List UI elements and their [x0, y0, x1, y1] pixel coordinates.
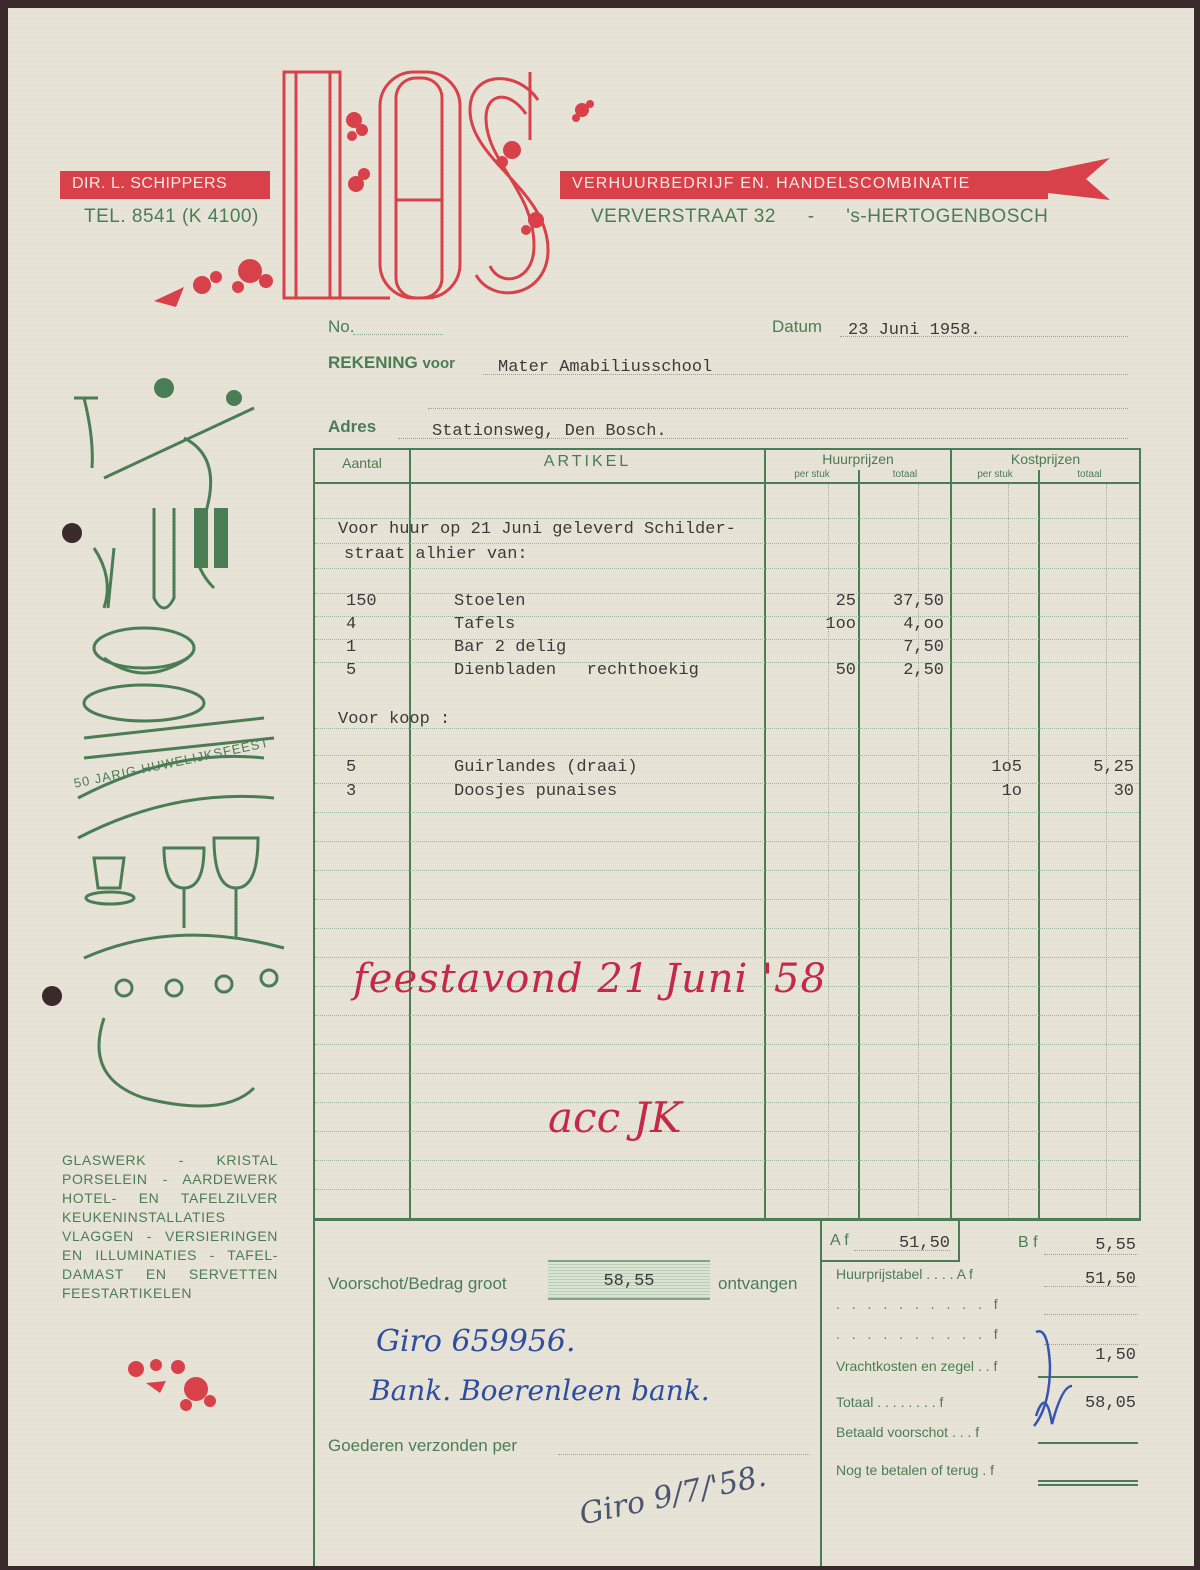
flower-ornament-bottom-icon [116, 1353, 216, 1423]
service-line: VLAGGEN - VERSIERINGEN [62, 1227, 278, 1246]
bank-handwritten-note: Bank. Boerenleen bank. [370, 1374, 710, 1407]
subtotal-b-label: B f [1018, 1234, 1038, 1252]
totaal-label: Totaal . . . . . . . . f [836, 1394, 943, 1410]
ribbon-tail-icon [1048, 158, 1110, 200]
row-qty: 5 [346, 661, 356, 680]
voorschot-amount: 58,55 [548, 1272, 710, 1291]
voor-label-text: voor [422, 355, 455, 372]
phone-number: TEL. 8541 (K 4100) [84, 206, 259, 228]
blank-line-2-label: . . . . . . . . . . f [836, 1326, 1002, 1342]
row-article: Stoelen [454, 592, 525, 611]
subtotal-b-value: 5,55 [1044, 1236, 1136, 1255]
flower-ornament-icon [568, 96, 598, 146]
nog-te-betalen-label: Nog te betalen of terug . f [836, 1462, 994, 1478]
row-rule [315, 1102, 1139, 1103]
las-logo [280, 70, 560, 310]
service-line: DAMAST EN SERVETTEN [62, 1265, 278, 1284]
punch-hole-bottom [42, 986, 62, 1006]
city: 's-HERTOGENBOSCH [846, 206, 1048, 227]
rekening-field-line-2 [428, 408, 1128, 409]
invoice-document: DIR. L. SCHIPPERS TEL. 8541 (K 4100) [8, 8, 1194, 1566]
row-article: Doosjes punaises [454, 782, 617, 801]
adres-value[interactable]: Stationsweg, Den Bosch. [432, 422, 667, 441]
row-qty: 1 [346, 638, 356, 657]
header-kost-per-stuk: per stuk [952, 469, 1038, 480]
col-divider-huur-perstuk [858, 470, 860, 1220]
ontvangen-label: ontvangen [718, 1274, 797, 1294]
header-aantal: Aantal [315, 455, 409, 471]
row-rule [315, 870, 1139, 871]
header-kostprijzen: Kostprijzen [952, 451, 1139, 467]
row-qty: 5 [346, 758, 356, 777]
nog-te-betalen-underline-1 [1038, 1480, 1138, 1482]
header-huur-per-stuk: per stuk [768, 469, 856, 480]
row-rule [315, 1073, 1139, 1074]
voorschot-label: Voorschot/Bedrag groot [328, 1274, 507, 1294]
row-rule [315, 662, 1139, 663]
purchase-heading: Voor koop : [338, 710, 450, 729]
row-rule [315, 755, 1139, 756]
row-rule [315, 812, 1139, 813]
betaald-label: Betaald voorschot . . . f [836, 1424, 979, 1440]
header-huur-totaal: totaal [860, 469, 950, 480]
row-rule [315, 928, 1139, 929]
rekening-label-text: REKENING [328, 353, 418, 372]
goederen-label: Goederen verzonden per [328, 1436, 517, 1456]
nog-te-betalen-underline-2 [1038, 1484, 1138, 1486]
adres-label: Adres [328, 417, 376, 437]
row-article: Bar 2 delig [454, 638, 566, 657]
row-rule [315, 639, 1139, 640]
director-ribbon: DIR. L. SCHIPPERS [60, 171, 270, 199]
vracht-label: Vrachtkosten en zegel . . f [836, 1358, 997, 1374]
header-huurprijzen: Huurprijzen [766, 451, 950, 467]
datum-value[interactable]: 23 Juni 1958. [848, 321, 981, 340]
blank-line-1-label: . . . . . . . . . . f [836, 1296, 1002, 1312]
invoice-number-label: No. [328, 317, 354, 337]
rekening-label: REKENING voor [328, 353, 455, 373]
huurprijstabel-label: Huurprijstabel . . . . A f [836, 1266, 973, 1282]
cents-guide [1106, 484, 1107, 1218]
initials-signature-icon [1028, 1326, 1088, 1436]
service-line: HOTEL- EN TAFELZILVER [62, 1189, 278, 1208]
datum-label: Datum [772, 317, 822, 337]
table-top-border [313, 448, 1141, 450]
service-line: KEUKENINSTALLATIES [62, 1208, 278, 1227]
row-rule [315, 518, 1139, 519]
director-name: DIR. L. SCHIPPERS [72, 175, 227, 192]
row-unit-price: 1o [952, 782, 1022, 801]
invoice-number-field[interactable] [353, 334, 443, 335]
row-rule [315, 543, 1139, 544]
subtotal-a-label: A f [830, 1232, 849, 1250]
subtotal-a-bottom-border [820, 1260, 960, 1262]
street: VERVERSTRAAT 32 [591, 206, 776, 227]
col-divider-artikel [764, 448, 766, 1220]
header-kost-totaal: totaal [1040, 469, 1139, 480]
row-rule [315, 899, 1139, 900]
services-list: GLASWERK - KRISTAL PORSELEIN - AARDEWERK… [62, 1151, 278, 1303]
row-total: 37,50 [860, 592, 944, 611]
handwritten-note-line-2: acc JK [548, 1093, 682, 1142]
row-total: 5,25 [1040, 758, 1134, 777]
row-unit-price: 50 [768, 661, 856, 680]
subtotal-a-right-border [958, 1220, 960, 1262]
row-unit-price: 1o5 [952, 758, 1022, 777]
rekening-value[interactable]: Mater Amabiliusschool [498, 358, 712, 377]
row-unit-price: 1oo [768, 615, 856, 634]
service-line: EN ILLUMINATIES - TAFEL- [62, 1246, 278, 1265]
company-address: VERVERSTRAAT 32 - 's-HERTOGENBOSCH [591, 206, 1048, 228]
row-total: 7,50 [860, 638, 944, 657]
row-rule [315, 1131, 1139, 1132]
row-qty: 3 [346, 782, 356, 801]
company-tagline: VERHUURBEDRIJF EN. HANDELSCOMBINATIE [572, 175, 971, 192]
table-bottom-border [313, 1218, 1141, 1221]
las-logo-icon [280, 70, 560, 310]
row-total: 4,oo [860, 615, 944, 634]
row-rule [315, 593, 1139, 594]
handwritten-note-line-1: feestavond 21 Juni '58 [353, 956, 827, 1002]
summary-left-border [820, 1220, 822, 1566]
row-article: Guirlandes (draai) [454, 758, 638, 777]
flower-ornament-left-icon [154, 251, 284, 311]
service-line: GLASWERK - KRISTAL [62, 1151, 278, 1170]
subtotal-a-value: 51,50 [854, 1234, 950, 1253]
row-total: 30 [1040, 782, 1134, 801]
row-rule [315, 568, 1139, 569]
giro-handwritten-note: Giro 659956. [376, 1324, 576, 1359]
row-qty: 150 [346, 592, 377, 611]
row-rule [315, 1160, 1139, 1161]
col-divider-huurprijzen [950, 448, 952, 1220]
table-header-bottom-border [313, 482, 1141, 484]
goederen-field[interactable] [558, 1454, 810, 1455]
table-right-border [1139, 448, 1141, 1220]
col-divider-kost-perstuk [1038, 470, 1040, 1220]
row-total: 2,50 [860, 661, 944, 680]
intro-line-1: Voor huur op 21 Juni geleverd Schilder- [338, 520, 736, 539]
address-separator: - [808, 206, 815, 227]
row-qty: 4 [346, 615, 356, 634]
row-unit-price: 25 [768, 592, 856, 611]
row-article: Dienbladen rechthoekig [454, 661, 699, 680]
blank-line-1-field[interactable] [1044, 1314, 1138, 1315]
service-line: FEESTARTIKELEN [62, 1284, 278, 1303]
row-rule [315, 841, 1139, 842]
cents-guide [1008, 484, 1009, 1218]
row-rule [315, 1189, 1139, 1190]
paid-handwritten-note: Giro 9/7/'58. [576, 1459, 769, 1533]
tagline-ribbon: VERHUURBEDRIJF EN. HANDELSCOMBINATIE [560, 171, 1048, 199]
row-rule [315, 1044, 1139, 1045]
huurprijstabel-value: 51,50 [1044, 1270, 1136, 1289]
row-article: Tafels [454, 615, 515, 634]
voorschot-amount-box[interactable]: 58,55 [548, 1260, 710, 1300]
row-rule [315, 616, 1139, 617]
header-artikel: ARTIKEL [411, 453, 764, 471]
service-line: PORSELEIN - AARDEWERK [62, 1170, 278, 1189]
row-rule [315, 1015, 1139, 1016]
betaald-underline [1038, 1442, 1138, 1444]
intro-line-2: straat alhier van: [344, 545, 528, 564]
